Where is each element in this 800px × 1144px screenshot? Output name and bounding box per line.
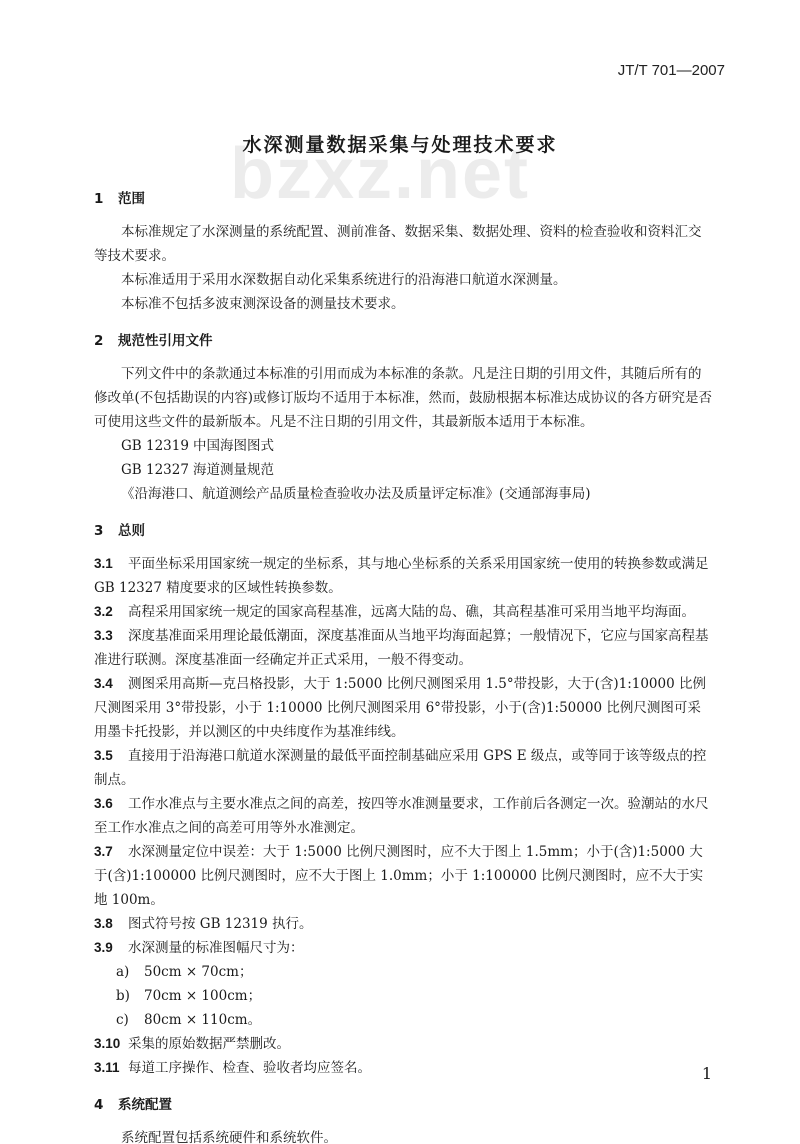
reference-item: GB 12327海道测量规范: [94, 458, 714, 482]
section-4-heading: 4系统配置: [94, 1094, 714, 1116]
document-body: 1范围 本标准规定了水深测量的系统配置、测前准备、数据采集、数据处理、资料的检查…: [94, 188, 714, 1144]
section-1-heading: 1范围: [94, 188, 714, 210]
section-2-heading: 2规范性引用文件: [94, 330, 714, 352]
paragraph: 本标准不包括多波束测深设备的测量技术要求。: [94, 292, 714, 316]
clause-3-2: 3.2高程采用国家统一规定的国家高程基准，远离大陆的岛、礁，其高程基准可采用当地…: [94, 600, 714, 624]
clause-3-9: 3.9水深测量的标准图幅尺寸为：: [94, 936, 714, 960]
clause-3-10: 3.10采集的原始数据严禁删改。: [94, 1032, 714, 1056]
clause-3-3: 3.3深度基准面采用理论最低潮面，深度基准面从当地平均海面起算；一般情况下，它应…: [94, 624, 714, 672]
paragraph: 本标准适用于采用水深数据自动化采集系统进行的沿海港口航道水深测量。: [94, 268, 714, 292]
clause-3-1: 3.1平面坐标采用国家统一规定的坐标系，其与地心坐标系的关系采用国家统一使用的转…: [94, 552, 714, 600]
clause-3-11: 3.11每道工序操作、检查、验收者均应签名。: [94, 1056, 714, 1080]
paragraph: 本标准规定了水深测量的系统配置、测前准备、数据采集、数据处理、资料的检查验收和资…: [94, 220, 714, 268]
paragraph: 下列文件中的条款通过本标准的引用而成为本标准的条款。凡是注日期的引用文件，其随后…: [94, 362, 714, 434]
clause-3-8: 3.8图式符号按 GB 12319 执行。: [94, 912, 714, 936]
reference-item: 《沿海港口、航道测绘产品质量检查验收办法及质量评定标准》(交通部海事局): [94, 482, 714, 506]
clause-3-5: 3.5直接用于沿海港口航道水深测量的最低平面控制基础应采用 GPS E 级点，或…: [94, 744, 714, 792]
standard-code: JT/T 701—2007: [618, 62, 725, 79]
size-item-b: b)70cm × 100cm；: [94, 984, 714, 1008]
size-item-c: c)80cm × 110cm。: [94, 1008, 714, 1032]
section-3-heading: 3总则: [94, 520, 714, 542]
document-title: 水深测量数据采集与处理技术要求: [0, 130, 800, 157]
clause-3-7: 3.7水深测量定位中误差：大于 1:5000 比例尺测图时，应不大于图上 1.5…: [94, 840, 714, 912]
reference-item: GB 12319中国海图图式: [94, 434, 714, 458]
size-item-a: a)50cm × 70cm；: [94, 960, 714, 984]
paragraph: 系统配置包括系统硬件和系统软件。: [94, 1126, 714, 1144]
clause-3-6: 3.6工作水准点与主要水准点之间的高差，按四等水准测量要求，工作前后各测定一次。…: [94, 792, 714, 840]
clause-3-4: 3.4测图采用高斯—克吕格投影，大于 1:5000 比例尺测图采用 1.5°带投…: [94, 672, 714, 744]
